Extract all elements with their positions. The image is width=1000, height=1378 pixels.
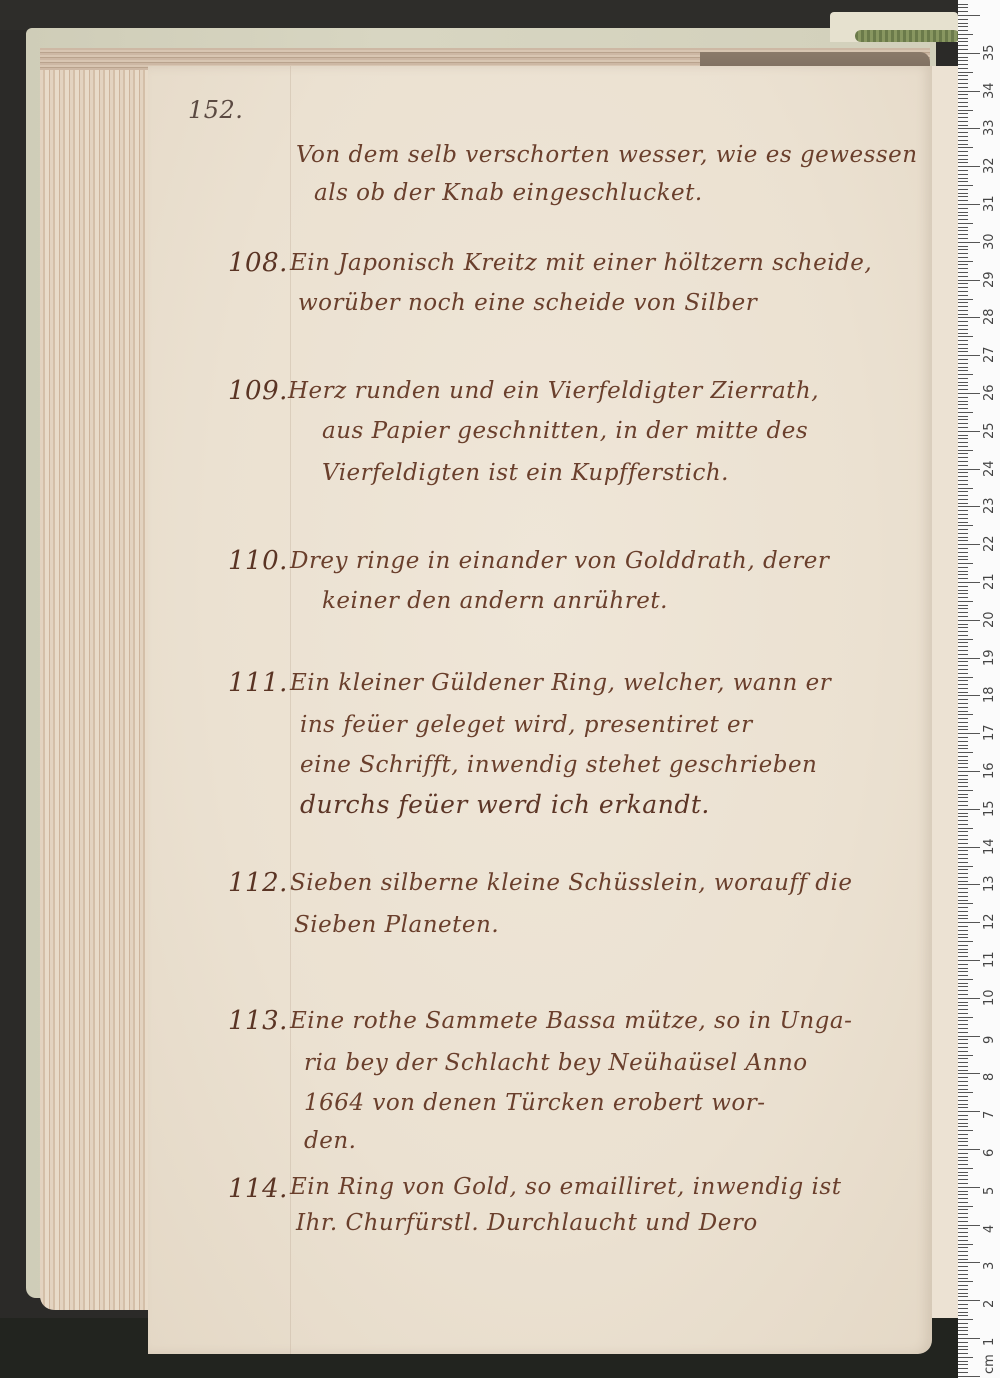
ruler-tick xyxy=(958,480,968,481)
ruler-tick xyxy=(958,790,973,791)
ruler-tick xyxy=(958,1213,968,1214)
ruler-tick xyxy=(958,514,968,515)
ruler-tick xyxy=(958,1047,968,1048)
ruler-tick xyxy=(958,355,980,356)
ruler-tick xyxy=(958,1100,968,1101)
ruler-tick xyxy=(958,952,968,953)
ruler-tick xyxy=(958,990,968,991)
entry-114-line-1: Ein Ring von Gold, so emailliret, inwend… xyxy=(290,1174,841,1200)
ruler-tick xyxy=(958,820,968,821)
ruler-tick xyxy=(958,620,980,621)
page-edges-stack xyxy=(40,60,150,1310)
ruler-tick xyxy=(958,1244,973,1245)
ruler-tick xyxy=(958,797,968,798)
ruler-label: 7 xyxy=(982,1111,997,1119)
ruler-label: 21 xyxy=(982,573,997,590)
ruler-tick xyxy=(958,234,968,235)
ruler-tick xyxy=(958,949,968,950)
ruler-tick xyxy=(958,559,968,560)
ruler-tick xyxy=(958,1138,968,1139)
ruler-tick xyxy=(958,1013,968,1014)
entry-number-114: 114. xyxy=(228,1174,288,1204)
entry-109-line-1: Herz runden und ein Vierfeldigter Zierra… xyxy=(288,378,819,404)
ruler-tick xyxy=(958,26,968,27)
ruler-tick xyxy=(958,1111,980,1112)
ruler-tick xyxy=(958,831,968,832)
ruler-tick xyxy=(958,881,968,882)
ruler-tick xyxy=(958,979,973,980)
ruler-tick xyxy=(958,438,968,439)
ruler-tick xyxy=(958,748,968,749)
ruler-tick xyxy=(958,1342,968,1343)
ruler-label: 23 xyxy=(982,498,997,515)
ruler-tick xyxy=(958,30,968,31)
ruler-tick xyxy=(958,1293,968,1294)
ruler-unit-label: cm xyxy=(982,1354,997,1374)
ruler-tick xyxy=(958,1062,968,1063)
ruler-label: 8 xyxy=(982,1073,997,1081)
ruler-tick xyxy=(958,389,968,390)
ruler-tick xyxy=(958,484,968,485)
ruler-tick xyxy=(958,639,973,640)
ruler-tick xyxy=(958,302,968,303)
ruler-tick xyxy=(958,669,968,670)
ruler-tick xyxy=(958,291,968,292)
ruler-tick xyxy=(958,306,968,307)
ruler-label: 5 xyxy=(982,1187,997,1195)
ruler-tick xyxy=(958,884,980,885)
ruler-tick xyxy=(958,809,980,810)
ruler-tick xyxy=(958,1209,968,1210)
ruler-tick xyxy=(958,1187,980,1188)
ruler-tick xyxy=(958,174,968,175)
ruler-tick xyxy=(958,280,980,281)
ruler-tick xyxy=(958,510,968,511)
ruler-tick xyxy=(958,325,968,326)
ruler-label: 14 xyxy=(982,838,997,855)
ruler-tick xyxy=(958,911,968,912)
ruler-tick xyxy=(958,1066,968,1067)
ruler-tick xyxy=(958,314,968,315)
ruler-tick xyxy=(958,49,968,50)
ruler-tick xyxy=(958,83,968,84)
ruler-tick xyxy=(958,287,968,288)
ruler-tick xyxy=(958,15,980,16)
ruler-label: 18 xyxy=(982,687,997,704)
ruler-tick xyxy=(958,1308,968,1309)
ruler-tick xyxy=(958,937,968,938)
ruler-tick xyxy=(958,552,968,553)
ruler-tick xyxy=(958,1160,968,1161)
ruler-label: 32 xyxy=(982,158,997,175)
ruler-tick xyxy=(958,903,973,904)
ruler-tick xyxy=(958,359,968,360)
ruler-tick xyxy=(958,1028,968,1029)
ruler-tick xyxy=(958,450,973,451)
ruler-tick xyxy=(958,608,968,609)
ruler-tick xyxy=(958,907,968,908)
ruler-tick xyxy=(958,427,968,428)
ruler-tick xyxy=(958,72,973,73)
ruler-tick xyxy=(958,828,973,829)
ruler-tick xyxy=(958,986,968,987)
ruler-tick xyxy=(958,612,968,613)
ruler-tick xyxy=(958,453,968,454)
ruler-label: 24 xyxy=(982,460,997,477)
ruler-label: 19 xyxy=(982,649,997,666)
ruler-tick xyxy=(958,1202,968,1203)
ruler-tick xyxy=(958,658,980,659)
ruler-tick xyxy=(958,404,968,405)
ruler-tick xyxy=(958,1334,968,1335)
ruler-label: 35 xyxy=(982,44,997,61)
ruler-tick xyxy=(958,616,968,617)
ruler-tick xyxy=(958,503,968,504)
ruler-tick xyxy=(958,446,968,447)
ruler-tick xyxy=(958,1353,968,1354)
ruler-tick xyxy=(958,170,968,171)
ruler-tick xyxy=(958,650,968,651)
entry-111-line-2: ins feüer geleget wird, presentiret er xyxy=(300,712,753,738)
ruler-tick xyxy=(958,677,973,678)
ruler-tick xyxy=(958,261,973,262)
ruler-tick xyxy=(958,268,968,269)
ruler-tick xyxy=(958,469,980,470)
ruler-tick xyxy=(958,1005,968,1006)
ruler-tick xyxy=(958,144,968,145)
ruler-tick xyxy=(958,779,968,780)
ruler-tick xyxy=(958,975,968,976)
ruler-tick xyxy=(958,673,968,674)
ruler-tick xyxy=(958,1183,968,1184)
folio-number: 152. xyxy=(188,96,243,124)
ruler-tick xyxy=(958,155,968,156)
ruler-tick xyxy=(958,1051,968,1052)
ruler-tick xyxy=(958,745,968,746)
ruler-tick xyxy=(958,257,968,258)
ruler-tick xyxy=(958,340,968,341)
ruler-tick xyxy=(958,1357,973,1358)
ruler-tick xyxy=(958,695,980,696)
ruler-tick xyxy=(958,703,968,704)
ruler-tick xyxy=(958,1289,968,1290)
ruler-tick xyxy=(958,91,980,92)
ruler-tick xyxy=(958,272,968,273)
ruler-tick xyxy=(958,125,968,126)
ruler-tick xyxy=(958,1300,980,1301)
ruler-tick xyxy=(958,571,968,572)
ruler-tick xyxy=(958,465,968,466)
ruler-tick xyxy=(958,714,973,715)
ruler-tick xyxy=(958,1338,980,1339)
ruler-tick xyxy=(958,1039,968,1040)
ruler-tick xyxy=(958,782,968,783)
entry-110-line-1: Drey ringe in einander von Golddrath, de… xyxy=(290,548,829,574)
ruler-tick xyxy=(958,998,980,999)
entry-114-line-2: Ihr. Churfürstl. Durchlaucht und Dero xyxy=(296,1210,758,1236)
ruler-tick xyxy=(958,597,968,598)
entry-113-line-1: Eine rothe Sammete Bassa mütze, so in Un… xyxy=(290,1008,852,1034)
ruler-tick xyxy=(958,121,968,122)
ruler-tick xyxy=(958,333,968,334)
ruler-tick xyxy=(958,1096,968,1097)
ruler-tick xyxy=(958,393,980,394)
ruler-tick xyxy=(958,915,968,916)
ruler-label: 20 xyxy=(982,611,997,628)
ruler-tick xyxy=(958,1145,968,1146)
ruler-tick xyxy=(958,635,968,636)
ruler-label: 27 xyxy=(982,347,997,364)
ruler-tick xyxy=(958,117,968,118)
ruler-label: 9 xyxy=(982,1035,997,1043)
ruler-tick xyxy=(958,1164,968,1165)
ruler-tick xyxy=(958,128,980,129)
ruler-tick xyxy=(958,816,968,817)
ruler-tick xyxy=(958,1149,980,1150)
ruler-tick xyxy=(958,102,968,103)
ruler-tick xyxy=(958,945,968,946)
ruler-tick xyxy=(958,1104,968,1105)
ruler-tick xyxy=(958,4,968,5)
ruler-tick xyxy=(958,1153,968,1154)
ruler-tick xyxy=(958,631,968,632)
ruler-tick xyxy=(958,185,973,186)
ruler-tick xyxy=(958,1312,968,1313)
ruler-tick xyxy=(958,98,968,99)
ruler-tick xyxy=(958,23,968,24)
ruler-tick xyxy=(958,605,968,606)
ruler-tick xyxy=(958,1089,968,1090)
ruler-tick xyxy=(958,699,968,700)
ruler-tick xyxy=(958,794,968,795)
ruler-tick xyxy=(958,1361,968,1362)
ruler-tick xyxy=(958,87,968,88)
entry-108-line-2: worüber noch eine scheide von Silber xyxy=(298,290,757,316)
ruler-tick xyxy=(958,223,973,224)
ruler-tick xyxy=(958,1024,968,1025)
ruler-tick xyxy=(958,688,968,689)
entry-113-line-3: 1664 von denen Türcken erobert wor- xyxy=(304,1090,766,1116)
ruler-tick xyxy=(958,204,980,205)
continuation-line-2: als ob der Knab eingeschlucket. xyxy=(314,180,703,206)
ruler-tick xyxy=(958,1073,980,1074)
ruler-tick xyxy=(958,646,968,647)
ruler-tick xyxy=(958,344,968,345)
ruler-tick xyxy=(958,215,968,216)
ruler-tick xyxy=(958,869,968,870)
ruler-tick xyxy=(958,873,968,874)
ruler-label: 25 xyxy=(982,422,997,439)
ruler-tick xyxy=(958,1236,968,1237)
ruler-tick xyxy=(958,1123,968,1124)
ruler-tick xyxy=(958,1346,968,1347)
ruler-tick xyxy=(958,926,968,927)
ruler-tick xyxy=(958,1002,968,1003)
ruler-tick xyxy=(958,1247,968,1248)
ruler-tick xyxy=(958,544,980,545)
ruler-tick xyxy=(958,299,973,300)
ruler-tick xyxy=(958,1228,968,1229)
ruler-tick xyxy=(958,843,968,844)
ruler-tick xyxy=(958,1251,968,1252)
ruler-tick xyxy=(958,1364,968,1365)
ruler-tick xyxy=(958,866,973,867)
ruler-tick xyxy=(958,918,968,919)
ruler-tick xyxy=(958,238,968,239)
entry-108-line-1: Ein Japonisch Kreitz mit einer höltzern … xyxy=(290,250,872,276)
ruler-tick xyxy=(958,994,968,995)
ruler-tick xyxy=(958,329,968,330)
ruler-tick xyxy=(958,200,968,201)
ruler-tick xyxy=(958,461,968,462)
ruler-tick xyxy=(958,151,968,152)
ruler-tick xyxy=(958,401,968,402)
ruler-tick xyxy=(958,930,968,931)
ruler-tick xyxy=(958,7,968,8)
entry-112-line-2: Sieben Planeten. xyxy=(294,912,499,938)
ruler-tick xyxy=(958,892,968,893)
ruler-tick xyxy=(958,348,968,349)
ruler-tick xyxy=(958,385,968,386)
ruler-tick xyxy=(958,1179,968,1180)
ruler-tick xyxy=(958,181,968,182)
ruler-tick xyxy=(958,752,973,753)
ruler-tick xyxy=(958,113,968,114)
ruler-tick xyxy=(958,370,968,371)
ruler-tick xyxy=(958,711,968,712)
ruler-tick xyxy=(958,246,968,247)
ruler-tick xyxy=(958,888,968,889)
headband xyxy=(855,30,960,42)
ruler-label: 26 xyxy=(982,384,997,401)
ruler-label: 29 xyxy=(982,271,997,288)
ruler-tick xyxy=(958,193,968,194)
ruler-tick xyxy=(958,718,968,719)
ruler-tick xyxy=(958,1281,973,1282)
entry-111-line-4: durchs feüer werd ich erkandt. xyxy=(300,790,710,819)
ruler-tick xyxy=(958,1255,968,1256)
ruler-tick xyxy=(958,522,968,523)
ruler-tick xyxy=(958,900,968,901)
ruler-tick xyxy=(958,416,968,417)
ruler-tick xyxy=(958,147,973,148)
ruler-tick xyxy=(958,488,973,489)
ruler-tick xyxy=(958,363,968,364)
ruler-tick xyxy=(958,741,968,742)
entry-number-112: 112. xyxy=(228,868,288,898)
ruler-tick xyxy=(958,1168,973,1169)
ruler-tick xyxy=(958,212,968,213)
entry-111-line-3: eine Schrifft, inwendig stehet geschrieb… xyxy=(300,752,817,778)
ruler-tick xyxy=(958,136,968,137)
ruler-tick xyxy=(958,310,968,311)
ruler-tick xyxy=(958,533,968,534)
ruler-tick xyxy=(958,423,968,424)
ruler-tick xyxy=(958,431,980,432)
ruler-label: 2 xyxy=(982,1300,997,1308)
ruler-tick xyxy=(958,540,968,541)
ruler-tick xyxy=(958,162,968,163)
ruler-tick xyxy=(958,227,968,228)
ruler-tick xyxy=(958,525,973,526)
ruler-tick xyxy=(958,249,968,250)
ruler-tick xyxy=(958,1285,968,1286)
ruler-tick xyxy=(958,1330,968,1331)
ruler-label: 31 xyxy=(982,195,997,212)
ruler-tick xyxy=(958,1319,973,1320)
ruler-tick xyxy=(958,11,968,12)
entry-113-line-4: den. xyxy=(304,1128,356,1154)
ruler-tick xyxy=(958,1020,968,1021)
ruler-tick xyxy=(958,593,968,594)
background-top xyxy=(0,0,960,30)
ruler-tick xyxy=(958,1206,973,1207)
ruler-tick xyxy=(958,1032,968,1033)
ruler-tick xyxy=(958,862,968,863)
ruler-tick xyxy=(958,106,968,107)
ruler-tick xyxy=(958,574,968,575)
ruler-tick xyxy=(958,1262,980,1263)
ruler-tick xyxy=(958,419,968,420)
ruler-tick xyxy=(958,601,973,602)
continuation-line-1: Von dem selb verschorten wesser, wie es … xyxy=(296,142,918,168)
ruler-tick xyxy=(958,45,968,46)
ruler-tick xyxy=(958,563,973,564)
ruler-tick xyxy=(958,529,968,530)
ruler-tick xyxy=(958,983,968,984)
entry-109-line-2: aus Papier geschnitten, in der mitte des xyxy=(322,418,808,444)
ruler-label: 10 xyxy=(982,989,997,1006)
ruler-tick xyxy=(958,321,968,322)
ruler-label: 34 xyxy=(982,82,997,99)
ruler-tick xyxy=(958,317,980,318)
ruler-tick xyxy=(958,1058,968,1059)
ruler-tick xyxy=(958,1070,968,1071)
entry-number-108: 108. xyxy=(228,248,288,278)
ruler-tick xyxy=(958,1119,968,1120)
ruler-tick xyxy=(958,60,968,61)
ruler-tick xyxy=(958,1217,968,1218)
ruler-tick xyxy=(958,1296,968,1297)
ruler-tick xyxy=(958,506,980,507)
ruler-tick xyxy=(958,786,968,787)
ruler-tick xyxy=(958,665,968,666)
ruler-tick xyxy=(958,1221,968,1222)
ruler-tick xyxy=(958,53,980,54)
ruler-tick xyxy=(958,733,980,734)
ruler-tick xyxy=(958,336,973,337)
entry-112-line-1: Sieben silberne kleine Schüsslein, worau… xyxy=(290,870,852,896)
ruler-tick xyxy=(958,964,968,965)
ruler-tick xyxy=(958,208,968,209)
ruler-tick xyxy=(958,140,968,141)
ruler-tick xyxy=(958,763,968,764)
entry-113-line-2: ria bey der Schlacht bey Neühaüsel Anno xyxy=(304,1050,808,1076)
ruler-tick xyxy=(958,726,968,727)
ruler-tick xyxy=(958,824,968,825)
ruler-tick xyxy=(958,412,973,413)
ruler-tick xyxy=(958,397,968,398)
ruler-tick xyxy=(958,1266,968,1267)
ruler-tick xyxy=(958,41,968,42)
ruler-tick xyxy=(958,1270,968,1271)
ruler-tick xyxy=(958,801,968,802)
ruler-tick xyxy=(958,586,968,587)
ruler-tick xyxy=(958,896,968,897)
ruler-tick xyxy=(958,476,968,477)
entry-number-109: 109. xyxy=(228,376,288,406)
ruler-tick xyxy=(958,219,968,220)
